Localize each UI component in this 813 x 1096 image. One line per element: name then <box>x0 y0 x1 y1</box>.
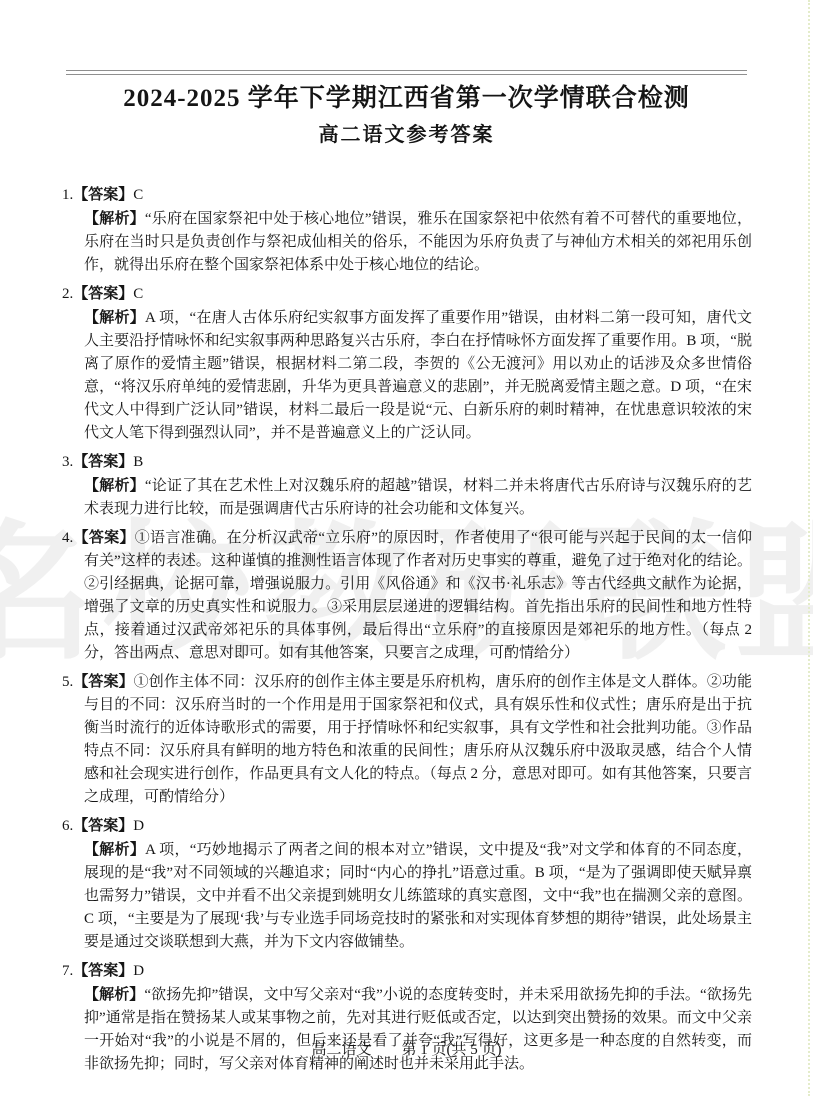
answer-item-3: 3.【答案】B 【解析】“论证了其在艺术性上对汉魏乐府的超越”错误，材料二并未将… <box>62 450 752 521</box>
page-right-edge-line <box>808 0 810 1096</box>
answer-item-1: 1.【答案】C 【解析】“乐府在国家祭祀中处于核心地位”错误，雅乐在国家祭祀中依… <box>62 183 752 277</box>
analysis-label: 【解析】 <box>84 210 145 227</box>
answer-value: B <box>133 454 143 470</box>
analysis-paragraph: 【解析】A 项，“巧妙地揭示了两者之间的根本对立”错误，文中提及“我”对文学和体… <box>84 838 752 954</box>
answer-value: D <box>133 963 144 979</box>
answer-value: C <box>133 286 143 302</box>
answer-line: 6.【答案】D <box>62 814 752 838</box>
exam-title: 2024-2025 学年下学期江西省第一次学情联合检测 <box>0 0 813 114</box>
answer-line: 7.【答案】D <box>62 959 752 983</box>
analysis-paragraph: 【解析】“论证了其在艺术性上对汉魏乐府的超越”错误，材料二并未将唐代古乐府诗与汉… <box>84 474 752 521</box>
item-number: 1. <box>62 187 73 203</box>
answer-item-2: 2.【答案】C 【解析】A 项，“在唐人古体乐府纪实叙事方面发挥了重要作用”错误… <box>62 282 752 445</box>
answer-label: 【答案】 <box>73 186 133 203</box>
answer-line: 3.【答案】B <box>62 450 752 474</box>
footer-page-info: 第 1 页(共 5 页) <box>402 1042 502 1058</box>
answer-label: 【答案】 <box>73 673 133 690</box>
analysis-text: A 项，“巧妙地揭示了两者之间的根本对立”错误，文中提及“我”对文学和体育的不同… <box>84 842 752 950</box>
answer-item-6: 6.【答案】D 【解析】A 项，“巧妙地揭示了两者之间的根本对立”错误，文中提及… <box>62 814 752 954</box>
page-footer: 高二语文第 1 页(共 5 页) <box>0 1038 813 1059</box>
answer-label: 【答案】 <box>73 529 135 546</box>
answer-paragraph: 5.【答案】①创作主体不同：汉乐府的创作主体主要是乐府机构，唐乐府的创作主体是文… <box>62 670 752 809</box>
answer-value: C <box>133 187 143 203</box>
analysis-label: 【解析】 <box>84 986 144 1003</box>
analysis-paragraph: 【解析】“乐府在国家祭祀中处于核心地位”错误，雅乐在国家祭祀中依然有着不可替代的… <box>84 207 752 277</box>
answer-sheet-page: 名校教研联盟 2024-2025 学年下学期江西省第一次学情联合检测 高二语文参… <box>0 0 813 1096</box>
answer-value: D <box>133 818 144 834</box>
answer-item-4: 4.【答案】①语言准确。在分析汉武帝“立乐府”的原因时，作者使用了“很可能与兴起… <box>62 526 752 665</box>
footer-course: 高二语文 <box>311 1042 371 1058</box>
answer-paragraph: 4.【答案】①语言准确。在分析汉武帝“立乐府”的原因时，作者使用了“很可能与兴起… <box>62 526 752 665</box>
item-number: 6. <box>62 818 73 834</box>
analysis-label: 【解析】 <box>84 841 145 858</box>
answer-label: 【答案】 <box>73 285 133 302</box>
item-number: 3. <box>62 454 73 470</box>
answer-label: 【答案】 <box>73 817 133 834</box>
analysis-label: 【解析】 <box>84 309 145 326</box>
analysis-label: 【解析】 <box>84 477 145 494</box>
item-number: 2. <box>62 286 73 302</box>
item-number: 5. <box>62 674 73 690</box>
answer-item-5: 5.【答案】①创作主体不同：汉乐府的创作主体主要是乐府机构，唐乐府的创作主体是文… <box>62 670 752 809</box>
analysis-text: “论证了其在艺术性上对汉魏乐府的超越”错误，材料二并未将唐代古乐府诗与汉魏乐府的… <box>84 478 752 517</box>
item-number: 4. <box>62 530 73 546</box>
answer-text: ①创作主体不同：汉乐府的创作主体主要是乐府机构，唐乐府的创作主体是文人群体。②功… <box>84 674 752 805</box>
analysis-text: A 项，“在唐人古体乐府纪实叙事方面发挥了重要作用”错误，由材料二第一段可知，唐… <box>84 310 752 441</box>
answer-line: 2.【答案】C <box>62 282 752 306</box>
answer-label: 【答案】 <box>73 453 133 470</box>
exam-subtitle: 高二语文参考答案 <box>0 122 813 148</box>
answer-line: 1.【答案】C <box>62 183 752 207</box>
answer-label: 【答案】 <box>73 962 133 979</box>
analysis-text: “乐府在国家祭祀中处于核心地位”错误，雅乐在国家祭祀中依然有着不可替代的重要地位… <box>84 211 752 273</box>
item-number: 7. <box>62 963 73 979</box>
analysis-paragraph: 【解析】“欲扬先抑”错误，文中写父亲对“我”小说的态度转变时，并未采用欲扬先抑的… <box>84 983 752 1076</box>
answer-text: ①语言准确。在分析汉武帝“立乐府”的原因时，作者使用了“很可能与兴起于民间的太一… <box>84 530 752 661</box>
analysis-paragraph: 【解析】A 项，“在唐人古体乐府纪实叙事方面发挥了重要作用”错误，由材料二第一段… <box>84 306 752 445</box>
analysis-text: “欲扬先抑”错误，文中写父亲对“我”小说的态度转变时，并未采用欲扬先抑的手法。“… <box>84 987 752 1072</box>
answers-content: 1.【答案】C 【解析】“乐府在国家祭祀中处于核心地位”错误，雅乐在国家祭祀中依… <box>62 183 752 1076</box>
